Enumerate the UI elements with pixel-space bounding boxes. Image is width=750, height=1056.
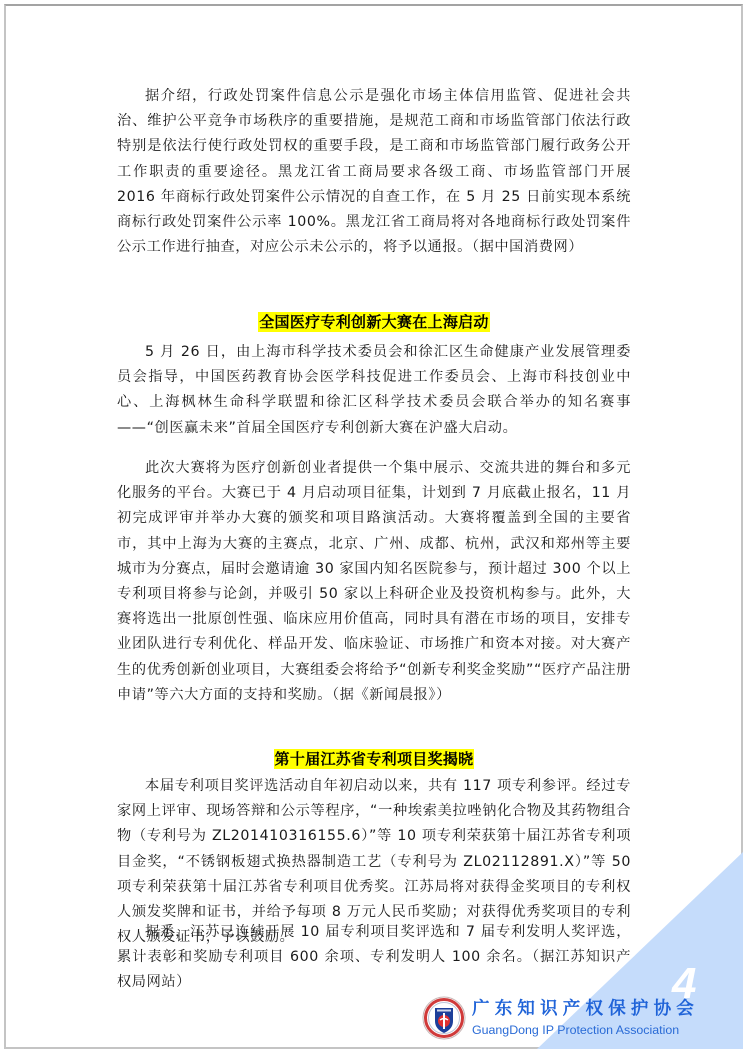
article-medical-paragraph-2: 此次大赛将为医疗创新创业者提供一个集中展示、交流共进的舞台和多元化服务的平台。大…	[117, 456, 631, 708]
intro-paragraph: 据介绍，行政处罚案件信息公示是强化市场主体信用监管、促进社会共治、维护公平竞争市…	[117, 84, 631, 260]
article-medical-title: 全国医疗专利创新大赛在上海启动	[258, 312, 490, 332]
footer-org-name-en: GuangDong IP Protection Association	[472, 1022, 679, 1038]
article-jiangsu-paragraph-2: 据悉，江苏已连续开展 10 届专利项目奖评选和 7 届专利发明人奖评选，累计表彰…	[117, 920, 631, 996]
article-jiangsu-heading-wrap: 第十届江苏省专利项目奖揭晓	[117, 749, 631, 769]
footer-org-name-cn: 广东知识产权保护协会	[472, 998, 699, 1020]
article-medical-heading-wrap: 全国医疗专利创新大赛在上海启动	[117, 312, 631, 332]
article-jiangsu-title: 第十届江苏省专利项目奖揭晓	[274, 749, 475, 769]
page-number: 4	[672, 962, 696, 1006]
article-medical-paragraph-1: 5 月 26 日，由上海市科学技术委员会和徐汇区生命健康产业发展管理委员会指导，…	[117, 340, 631, 441]
association-emblem-icon	[422, 996, 466, 1040]
